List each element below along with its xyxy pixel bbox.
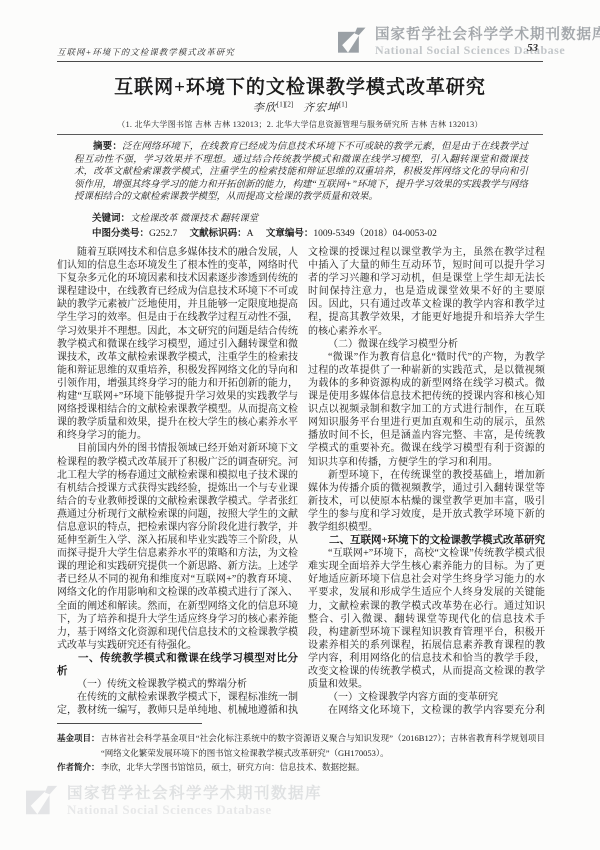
- author-affiliation-sup: [1][2]: [277, 100, 293, 108]
- classification-line: 中图分类号：G252.7 文献标识码：A 文章编号：1009-5349（2018…: [92, 225, 532, 239]
- subsection-heading: （一）传统文检课教学模式的弊端分析: [57, 678, 298, 691]
- running-head: 互联网+环境下的文检课教学模式改革研究: [57, 46, 235, 58]
- article-title: 互联网+环境下的文检课教学模式改革研究: [0, 72, 600, 99]
- body-paragraph: 新型环境下，在传统课堂的教授基础上，增加新媒体为传播介质的微视频教学，通过引入翻…: [308, 469, 545, 534]
- article-id-segment: 文章编号：1009-5349（2018）04-0053-02: [266, 229, 437, 239]
- author-affiliation-sup: [1]: [339, 100, 347, 108]
- page-number: 53: [527, 42, 538, 54]
- author: 齐宏坤[1]: [303, 102, 347, 114]
- subsection-heading: （二）微课在线学习模型分析: [308, 338, 545, 351]
- footnote-block: 基金项目： 吉林省社会科学基金项目“社会化标注系统中的数字资源语义聚合与知识发现…: [57, 731, 545, 775]
- author: 李欣[1][2]: [253, 102, 293, 114]
- watermark-en-text: National Social Sciences Database: [67, 803, 322, 818]
- body-paragraph: 目前国内外的图书情报领域已经开始对新环境下文检课程的教学模式改革展开了积极广泛的…: [57, 442, 298, 652]
- abstract-rule: [57, 134, 543, 135]
- affiliation-line: （1. 北华大学图书馆 吉林 吉林 132013；2. 北华大学信息资源管理与服…: [0, 119, 600, 130]
- database-watermark-bottom: 国家哲学社会科学学术期刊数据库 National Social Sciences…: [26, 785, 322, 818]
- watermark-cn-text: 国家哲学社会科学学术期刊数据库: [375, 27, 600, 44]
- keywords-text: 文检课改革 微课技术 翻转课堂: [130, 214, 258, 224]
- subsection-heading: （一）文检课教学内容方面的变革研究: [308, 691, 545, 704]
- section-heading: 二、互联网+环境下的文检课教学模式改革研究: [308, 534, 545, 547]
- body-paragraph: 随着互联网技术和信息多媒体技术的融合发展，人们认知的信息生态环境发生了根本性的变…: [57, 246, 298, 442]
- author-bio: 作者简介： 李欣，北华大学图书馆馆员，硕士，研究方向：信息技术、数据挖掘。: [57, 760, 545, 775]
- body-column-left: 随着互联网技术和信息多媒体技术的融合发展，人们认知的信息生态环境发生了根本性的变…: [57, 246, 298, 716]
- abstract-label: 摘要：: [93, 142, 122, 152]
- fund-project: 基金项目： 吉林省社会科学基金项目“社会化标注系统中的数字资源语义聚合与知识发现…: [57, 731, 545, 760]
- watermark-en-text: National Social Sciences Database: [375, 44, 600, 58]
- footnote-rule: [57, 723, 202, 724]
- body-paragraph: “互联网+”环境下，高校“文检课”传统教学模式很难实现全面培养大学生核心素养能力…: [308, 547, 545, 691]
- body-paragraph: 文检课的授课过程以课堂教学为主，虽然在教学过程中插入了大量的师生互动环节，短时间…: [308, 246, 545, 338]
- clc-segment: 中图分类号：G252.7: [92, 229, 177, 239]
- body-paragraph: 在传统的文献检索课教学模式下，课程标准统一制定，教材统一编写，教师只是单纯地、机…: [57, 691, 298, 716]
- body-column-right: 文检课的授课过程以课堂教学为主，虽然在教学过程中插入了大量的师生互动环节，短时间…: [308, 246, 545, 716]
- header-rule: [57, 61, 543, 62]
- database-watermark-top: 国家哲学社会科学学术期刊数据库 National Social Sciences…: [338, 27, 600, 57]
- article-body: 随着互联网技术和信息多媒体技术的融合发展，人们认知的信息生态环境发生了根本性的变…: [57, 246, 545, 716]
- fund-project-text: 吉林省社会科学基金项目“社会化标注系统中的数字资源语义聚合与知识发现”（2016…: [101, 733, 545, 758]
- author-bio-text: 李欣，北华大学图书馆馆员，硕士，研究方向：信息技术、数据挖掘。: [101, 762, 365, 772]
- keywords-label: 关键词：: [92, 214, 130, 224]
- body-paragraph: 在网络文化环境下，文检课的教学内容要充分利用网络上的开放资源和文化信息，通过采集…: [308, 704, 545, 716]
- section-heading: 一、传统教学模式和微课在线学习模型对比分析: [57, 652, 298, 678]
- journal-page: 国家哲学社会科学学术期刊数据库 National Social Sciences…: [0, 0, 600, 850]
- abstract-text: 泛在网络环境下，在线教育已经成为信息技术环境下不可或缺的教学元素，但是由于在线教…: [74, 142, 528, 202]
- database-logo-icon: [26, 785, 60, 817]
- keywords-line: 关键词：文检课改革 微课技术 翻转课堂: [92, 210, 532, 224]
- body-paragraph: “微课”作为教育信息化“微时代”的产物，为教学过程的改革提供了一种崭新的实践范式…: [308, 351, 545, 469]
- fund-project-label: 基金项目：: [57, 731, 100, 746]
- doc-code-segment: 文献标识码：A: [190, 229, 254, 239]
- author-line: 李欣[1][2] 齐宏坤[1]: [0, 99, 600, 115]
- author-bio-label: 作者简介：: [57, 760, 100, 775]
- watermark-cn-text: 国家哲学社会科学学术期刊数据库: [67, 785, 322, 803]
- database-logo-icon: [338, 27, 368, 55]
- abstract: 摘要：泛在网络环境下，在线教育已经成为信息技术环境下不可或缺的教学元素，但是由于…: [74, 141, 528, 204]
